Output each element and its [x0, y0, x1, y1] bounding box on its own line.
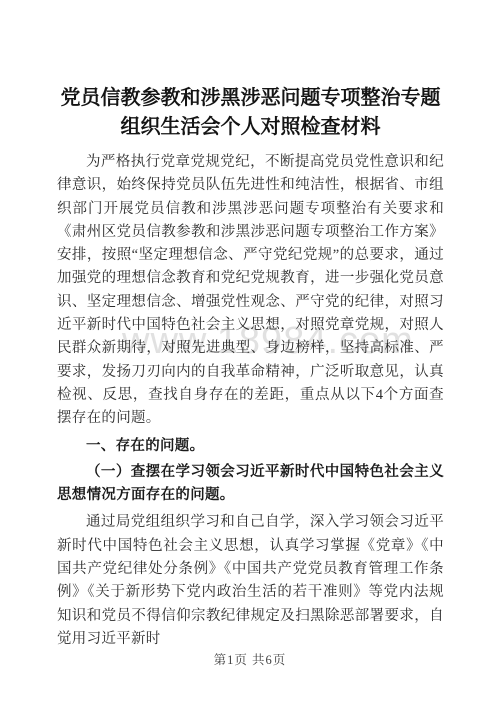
document-page: www.18984.com 党员信教参教和涉黑涉恶问题专项整治专题组织生活会个人…	[0, 0, 500, 708]
subsection-heading-study: （一）查摆在学习领会习近平新时代中国特色社会主义思想情况方面存在的问题。	[57, 461, 444, 508]
paragraph-intro: 为严格执行党章党规党纪，不断提高党员党性意识和纪律意识，始终保持党员队伍先进性和…	[57, 151, 444, 431]
paragraph-study-detail: 通过局党组组织学习和自己自学，深入学习领会习近平新时代中国特色社会主义思想，认真…	[57, 511, 444, 651]
document-body: 党员信教参教和涉黑涉恶问题专项整治专题组织生活会个人对照检查材料 为严格执行党章…	[57, 84, 444, 651]
page-number: 第1页 共6页	[0, 650, 500, 668]
document-title: 党员信教参教和涉黑涉恶问题专项整治专题组织生活会个人对照检查材料	[57, 84, 444, 142]
section-heading-problems: 一、存在的问题。	[57, 435, 444, 458]
